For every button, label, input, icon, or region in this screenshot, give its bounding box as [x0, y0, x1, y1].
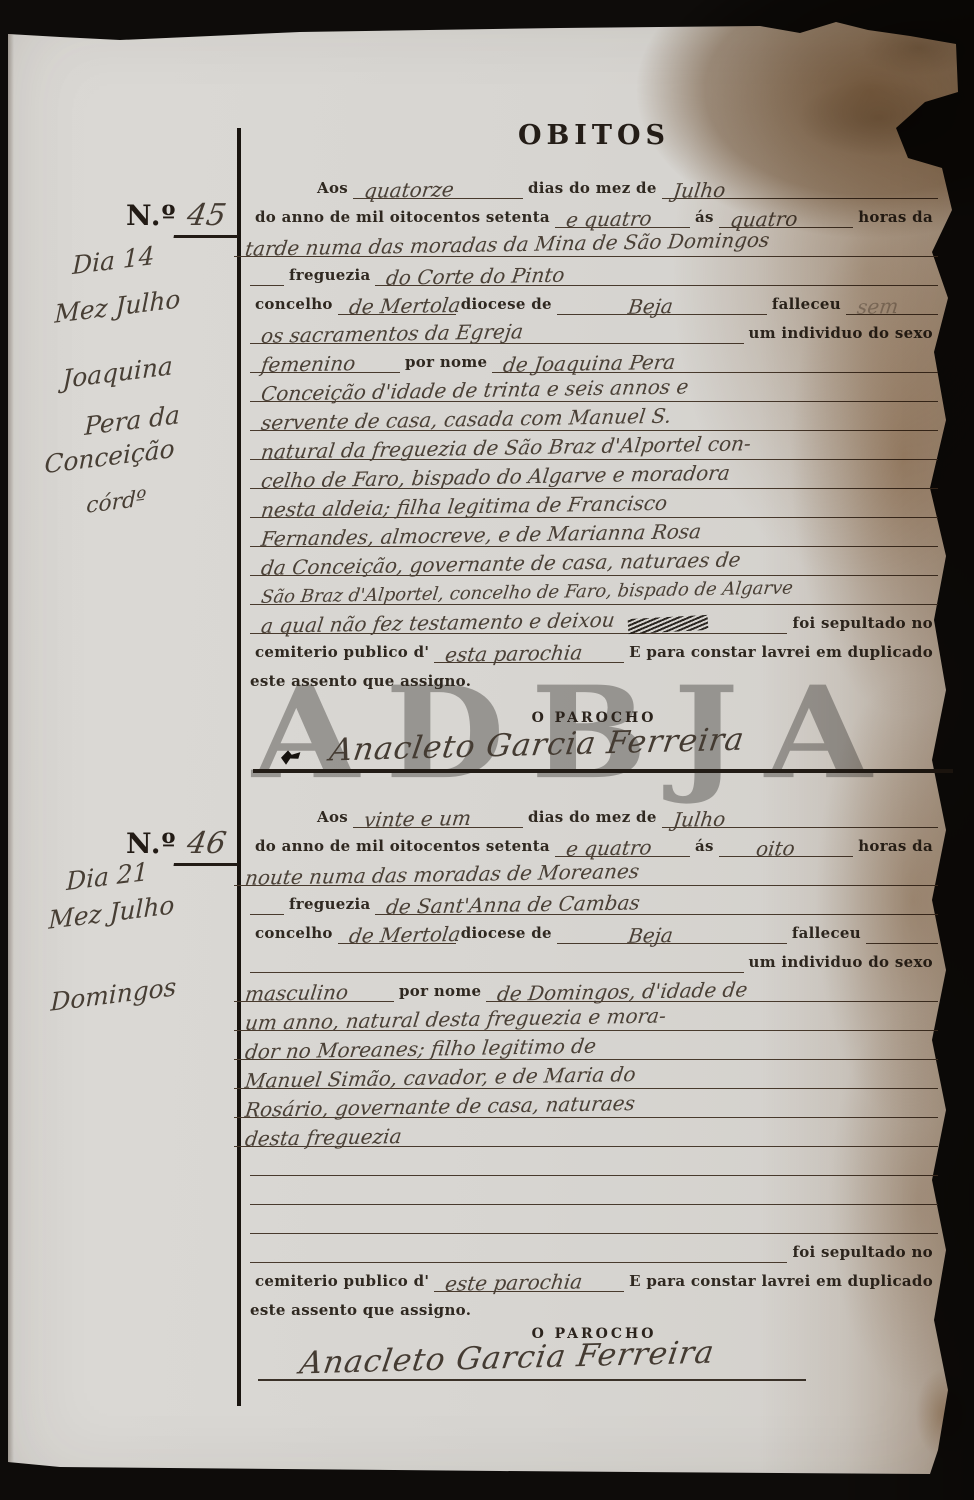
margin-name-line-4: córdº: [86, 486, 147, 519]
form-line: celho de Faro, bispado do Algarve e mora…: [250, 460, 938, 489]
form-line: cemiterio publico d' este parochia E par…: [250, 1263, 938, 1292]
printed-label: concelho: [250, 295, 338, 315]
fill-testament: a qual não fez testamento e deixou: [250, 613, 787, 634]
printed-label: concelho: [250, 924, 338, 944]
printed-label: este assento que assigno.: [250, 672, 476, 692]
form-line: Manuel Simão, cavador, e de Maria do: [234, 1060, 938, 1089]
record-45-number: N.º45: [126, 198, 241, 238]
record-45-body: Aos quatorze dias do mez de Julho do ann…: [250, 170, 938, 692]
form-line: um individuo do sexo: [250, 944, 938, 973]
form-line: os sacramentos da Egreja um individuo do…: [250, 315, 938, 344]
form-line: Rosário, governante de casa, naturaes: [234, 1089, 938, 1118]
fill-cemetery: esta parochia: [434, 642, 624, 663]
parocho-heading: O PAROCHO: [250, 710, 938, 726]
ink-pointer-mark: [280, 749, 302, 766]
form-line: a qual não fez testamento e deixou foi s…: [250, 605, 938, 634]
page-title: OBITOS: [250, 120, 938, 151]
printed-label: falleceu: [767, 295, 846, 315]
printed-label: diocese de: [456, 295, 557, 315]
fill-day: quatorze: [353, 178, 523, 199]
form-line: femenino por nome de Joaquina Pera: [250, 344, 938, 373]
form-line: foi sepultado no: [250, 1234, 938, 1263]
printed-label: do anno de mil oitocentos setenta: [250, 837, 555, 857]
printed-label: foi sepultado no: [787, 1243, 938, 1263]
fill-place: noute numa das moradas de Moreanes: [234, 865, 938, 886]
fill-hour: quatro: [719, 207, 853, 228]
fill-year: e quatro: [555, 207, 690, 228]
printed-label: um individuo do sexo: [744, 953, 938, 973]
form-line-empty: [250, 1176, 938, 1205]
printed-label: cemiterio publico d': [250, 1272, 434, 1292]
form-line: da Conceição, governante de casa, natura…: [250, 547, 938, 576]
margin-name-line-1: Domingos: [50, 972, 176, 1017]
printed-label: horas da: [853, 837, 938, 857]
printed-label: cemiterio publico d': [250, 643, 434, 663]
form-line: concelho de Mertola diocese de Beja fall…: [250, 286, 938, 315]
priest-signature: Anacleto Garcia Ferreira: [327, 721, 747, 768]
form-line: cemiterio publico d' esta parochia E par…: [250, 634, 938, 663]
fill-died: sem: [846, 294, 938, 315]
form-line: dor no Moreanes; filho legitimo de: [234, 1031, 938, 1060]
signature-rule: [253, 769, 953, 773]
printed-label: diocese de: [456, 924, 557, 944]
fill-municipality: de Mertola: [338, 923, 456, 944]
form-line: natural da freguezia de São Braz d'Alpor…: [250, 431, 938, 460]
printed-label: E para constar lavrei em duplicado: [624, 1272, 938, 1292]
number-label: N.º: [126, 827, 177, 860]
form-line: tarde numa das moradas da Mina de São Do…: [234, 228, 938, 257]
printed-label: freguezia: [284, 266, 375, 286]
form-line: um anno, natural desta freguezia e mora-: [234, 1002, 938, 1031]
printed-label: ás: [690, 837, 719, 857]
number-label: N.º: [126, 199, 177, 232]
form-line: freguezia do Corte do Pinto: [250, 257, 938, 286]
fill-month: Julho: [662, 807, 938, 828]
margin-day: Dia 14: [72, 241, 155, 280]
fill-parish: do Corte do Pinto: [375, 265, 938, 286]
printed-label: Aos: [312, 179, 353, 199]
printed-label: Aos: [312, 808, 353, 828]
printed-label: dias do mez de: [523, 808, 662, 828]
form-line: Fernandes, almocreve, e de Marianna Rosa: [250, 518, 938, 547]
fill-municipality: de Mertola: [338, 294, 456, 315]
printed-label: foi sepultado no: [787, 614, 938, 634]
fill-month: Julho: [662, 178, 938, 199]
printed-label: do anno de mil oitocentos setenta: [250, 208, 555, 228]
form-line: servente de casa, casada com Manuel S.: [250, 402, 938, 431]
printed-label: por nome: [394, 982, 486, 1002]
fill-sex: femenino: [250, 352, 400, 373]
fill-diocese: Beja: [557, 923, 787, 944]
form-line: concelho de Mertola diocese de Beja fall…: [250, 915, 938, 944]
form-line-empty: [250, 1147, 938, 1176]
printed-label: horas da: [853, 208, 938, 228]
margin-day: Dia 21: [66, 857, 149, 896]
form-line: masculino por nome de Domingos, d'idade …: [234, 973, 938, 1002]
margin-name-line-3: Conceição: [44, 434, 175, 479]
fill-hour: oito: [719, 836, 853, 857]
fill-sacraments: os sacramentos da Egreja: [250, 323, 744, 344]
form-line: do anno de mil oitocentos setenta e quat…: [250, 828, 938, 857]
printed-label: freguezia: [284, 895, 375, 915]
fill-parish: de Sant'Anna de Cambas: [375, 894, 938, 915]
printed-label: por nome: [400, 353, 492, 373]
fill-year: e quatro: [555, 836, 690, 857]
form-line: este assento que assigno.: [250, 1292, 938, 1321]
printed-label: dias do mez de: [523, 179, 662, 199]
page-content: OBITOS N.º45 Dia 14 Mez Julho Joaquina P…: [0, 0, 974, 1500]
form-line: do anno de mil oitocentos setenta e quat…: [250, 199, 938, 228]
form-line: Conceição d'idade de trinta e seis annos…: [250, 373, 938, 402]
scratched-word: [627, 615, 708, 634]
form-line: nesta aldeia; filha legitima de Francisc…: [250, 489, 938, 518]
printed-label: um individuo do sexo: [744, 324, 938, 344]
margin-rule: [237, 128, 241, 1406]
form-line: Aos quatorze dias do mez de Julho: [250, 170, 938, 199]
form-line: este assento que assigno.: [250, 663, 938, 692]
form-line-empty: [250, 1205, 938, 1234]
margin-month: Mez Julho: [48, 890, 174, 935]
fill-cemetery: este parochia: [434, 1271, 624, 1292]
fill-day: vinte e um: [353, 807, 523, 828]
register-page: ADBJA OBITOS N.º45 Dia 14 Mez Julho Joaq…: [0, 0, 974, 1500]
printed-label: este assento que assigno.: [250, 1301, 476, 1321]
printed-label: ás: [690, 208, 719, 228]
record-46-body: Aos vinte e um dias do mez de Julho do a…: [250, 799, 938, 1321]
fill-diocese: Beja: [557, 294, 767, 315]
fill-name: de Domingos, d'idade de: [486, 981, 938, 1002]
margin-name-line-1: Joaquina: [62, 351, 173, 394]
form-line: São Braz d'Alportel, concelho de Faro, b…: [250, 576, 938, 605]
form-line: desta freguezia: [234, 1118, 938, 1147]
fill-place: tarde numa das moradas da Mina de São Do…: [234, 236, 938, 257]
margin-month: Mez Julho: [54, 284, 180, 329]
form-line: Aos vinte e um dias do mez de Julho: [250, 799, 938, 828]
printed-label: E para constar lavrei em duplicado: [624, 643, 938, 663]
fill-name: de Joaquina Pera: [492, 352, 938, 373]
fill-sex: masculino: [234, 981, 394, 1002]
printed-label: falleceu: [787, 924, 866, 944]
form-line: freguezia de Sant'Anna de Cambas: [250, 886, 938, 915]
form-line: noute numa das moradas de Moreanes: [234, 857, 938, 886]
signature-rule: [258, 1379, 806, 1381]
